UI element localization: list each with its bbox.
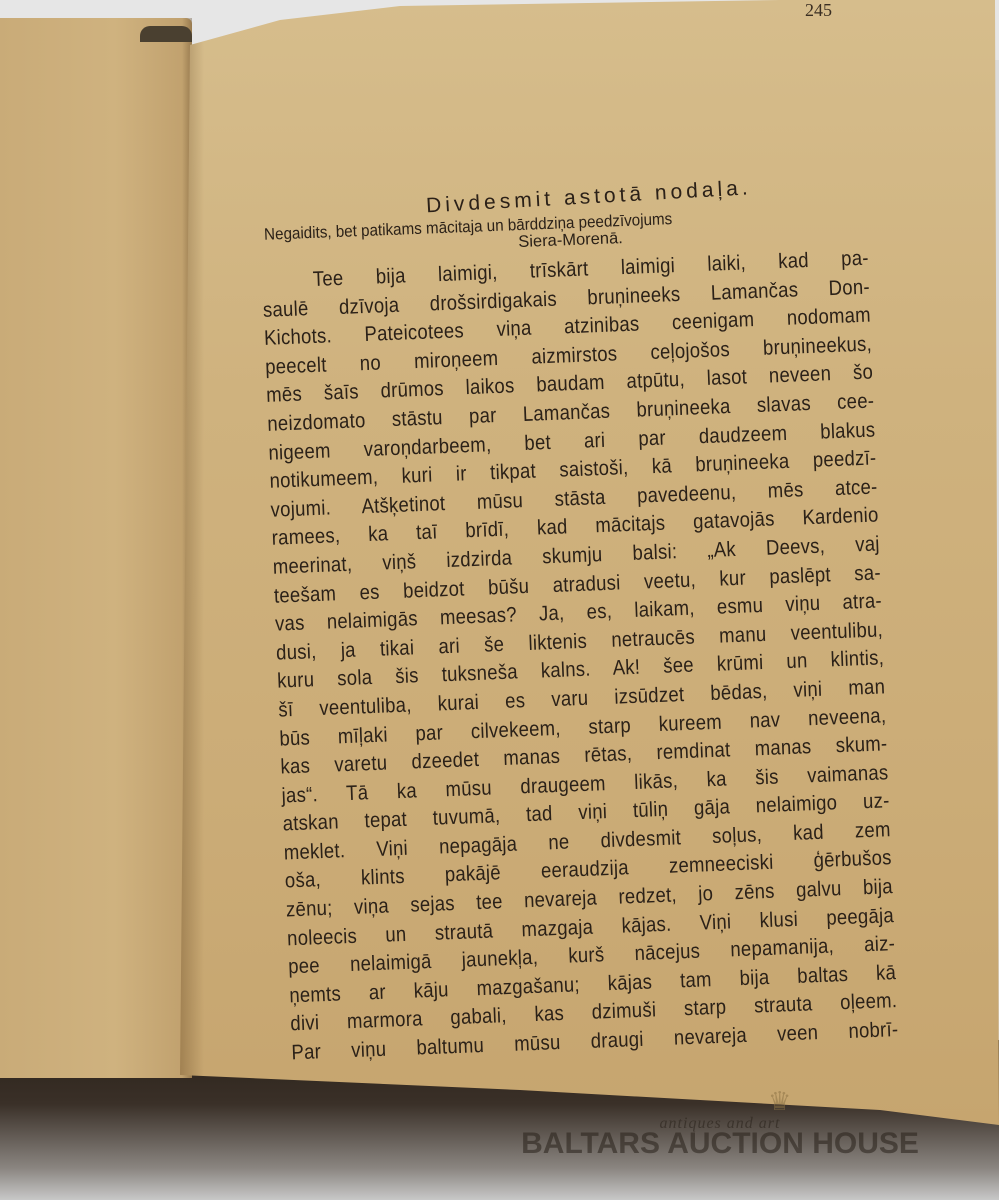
watermark-name: BALTARS AUCTION HOUSE bbox=[520, 1127, 920, 1161]
left-page bbox=[0, 18, 192, 1078]
body-paragraph: Tee bija laimigi, trīskārt laimigi laiki… bbox=[261, 244, 911, 1068]
crown-icon: ♛ bbox=[768, 1087, 791, 1117]
page-number: 245 bbox=[805, 0, 832, 21]
book-binding-edge bbox=[140, 26, 192, 42]
page-text: Divdesmit astotā nodaļa. Negaidits, bet … bbox=[258, 156, 912, 1068]
watermark: ♛ antiques and art BALTARS AUCTION HOUSE bbox=[520, 1115, 920, 1161]
